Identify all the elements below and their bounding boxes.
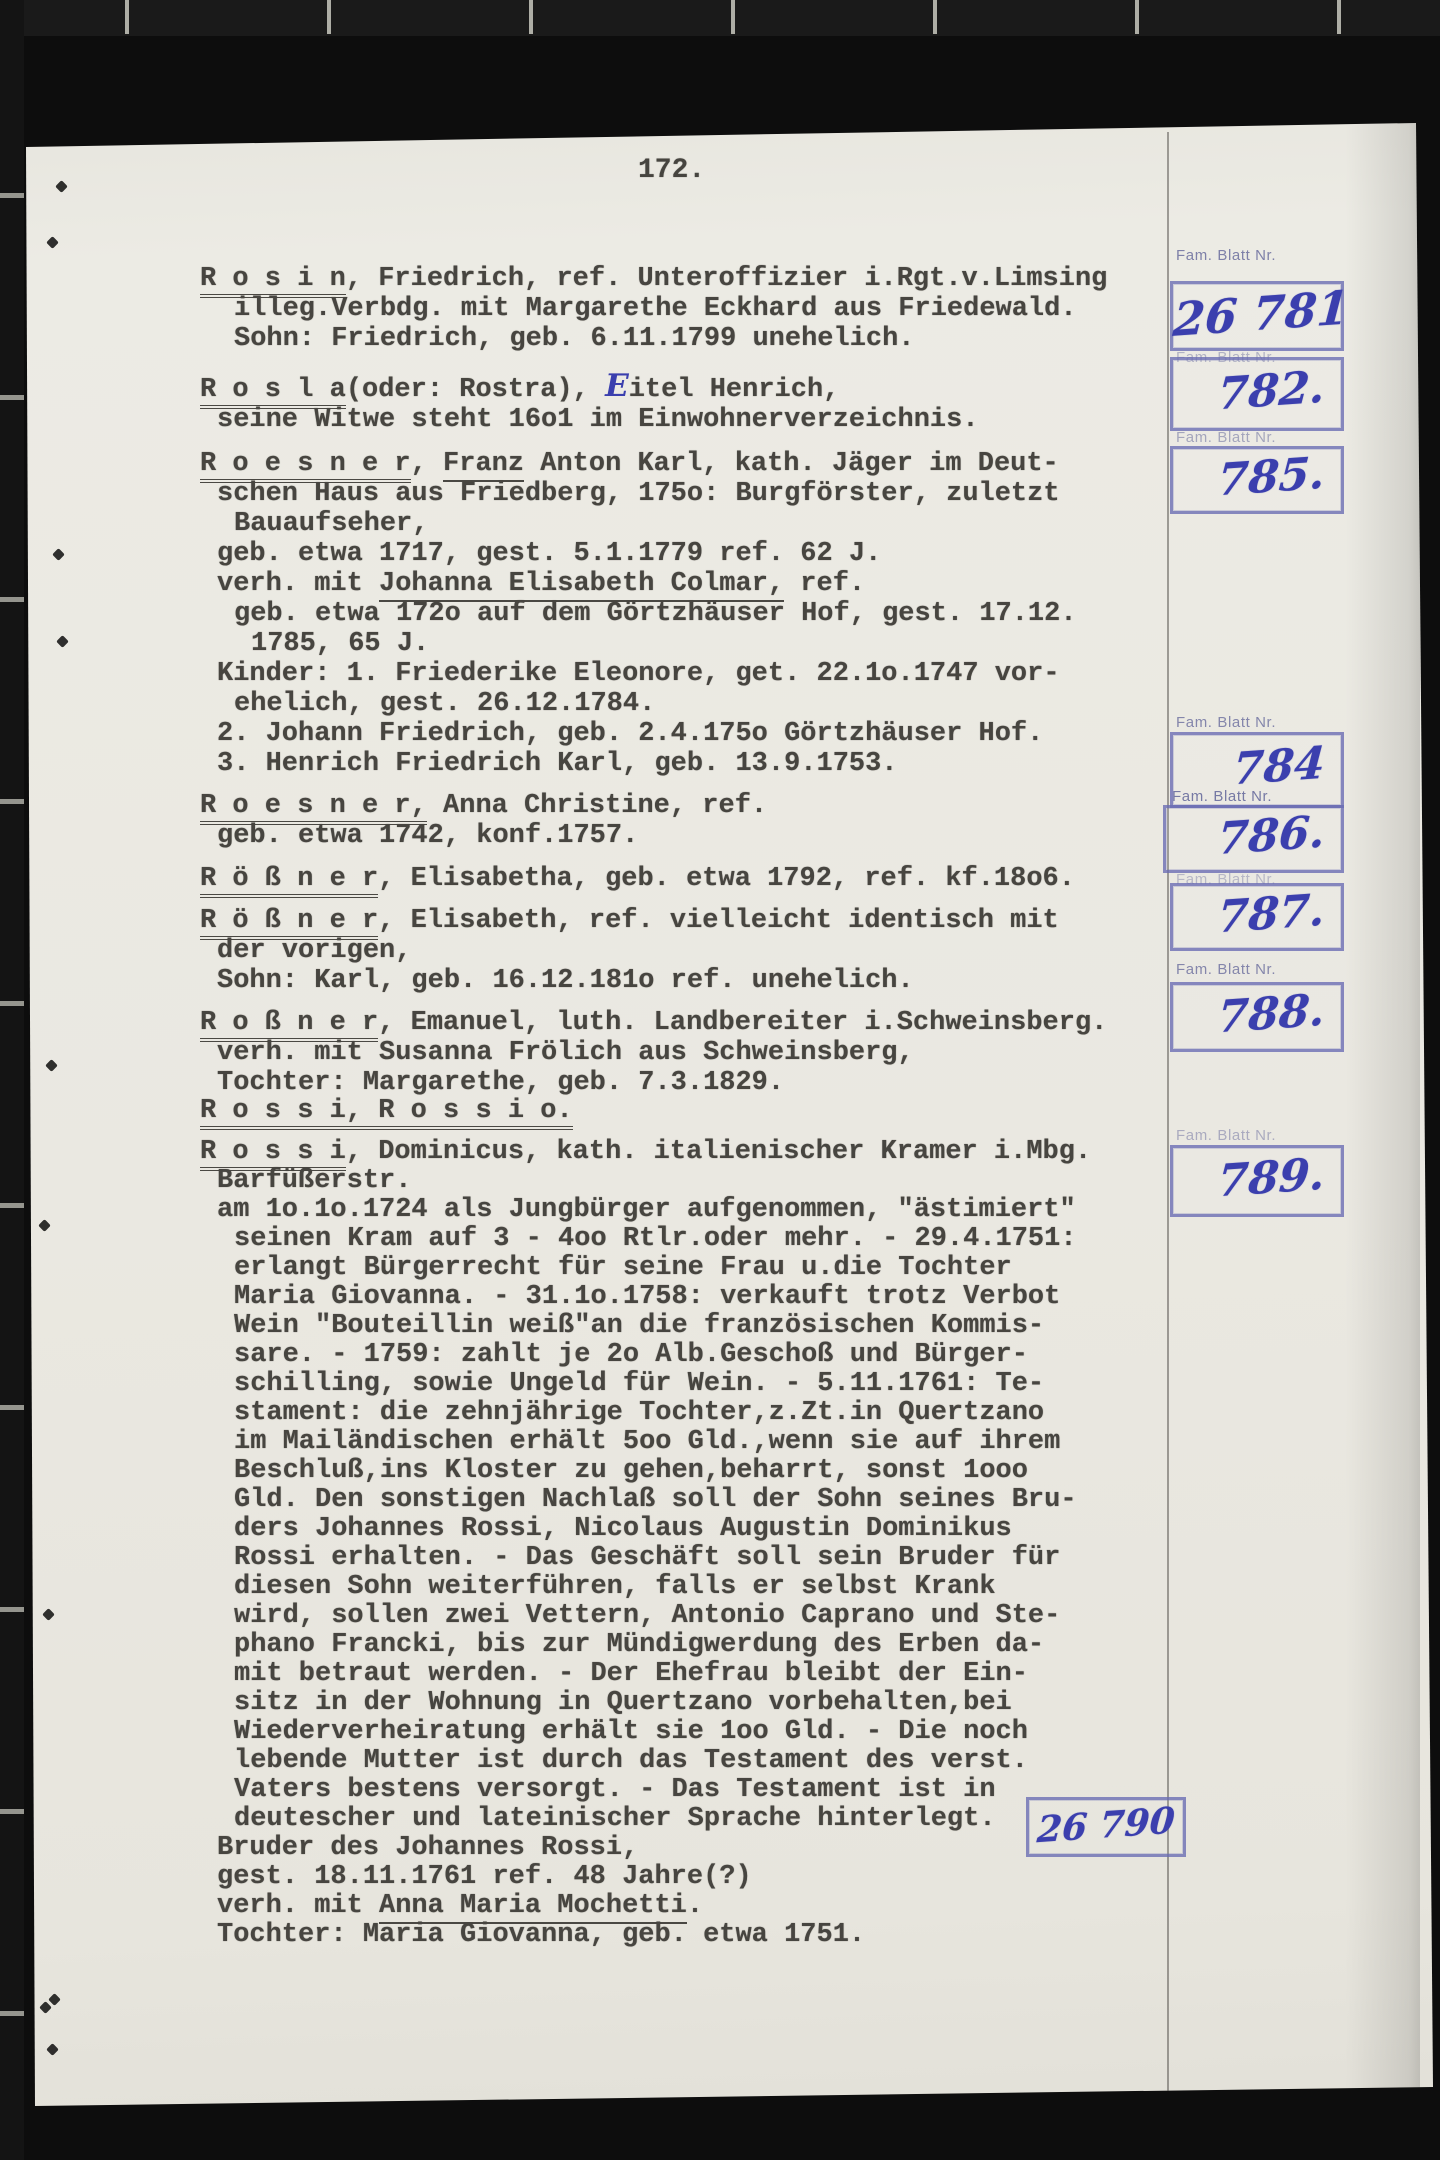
microfilm-scan: { "scan": { "page_number": "172.", "fam_… [0, 0, 1440, 2160]
entry-line: R ö ß n e r, Elisabeth, ref. vielleicht … [200, 906, 1210, 936]
register-entry: R o e s n e r, Anna Christine, ref.geb. … [200, 791, 1210, 851]
film-edge-left-tick [0, 1203, 24, 1208]
entry-line: Gld. Den sonstigen Nachlaß soll der Sohn… [200, 1486, 1210, 1515]
entry-line: wird, sollen zwei Vettern, Antonio Capra… [200, 1602, 1210, 1631]
fam-blatt-number-value: 785. [1171, 446, 1342, 509]
register-entry: R ö ß n e r, Elisabetha, geb. etwa 1792,… [200, 864, 1210, 894]
fam-blatt-label: Fam. Blatt Nr. [1176, 714, 1276, 731]
entry-line: R o s s i, Dominicus, kath. italienische… [200, 1138, 1210, 1167]
register-entry: R o s l a(oder: Rostra), Eitel Henrich,s… [200, 371, 1210, 435]
entry-line: R o s s i, R o s s i o. [200, 1096, 1210, 1126]
fam-blatt-number-box: 26 790 [1026, 1797, 1186, 1857]
entry-line: Sohn: Karl, geb. 16.12.181o ref. uneheli… [200, 966, 1210, 996]
fam-blatt-number-box: 789. [1170, 1145, 1344, 1217]
film-edge-top-tick [327, 0, 331, 34]
entry-line: ehelich, gest. 26.12.1784. [200, 689, 1210, 719]
fam-blatt-label: Fam. Blatt Nr. [1176, 961, 1276, 978]
film-edge-left-tick [0, 799, 24, 804]
register-entry: R o e s n e r, Franz Anton Karl, kath. J… [200, 449, 1210, 779]
entry-line: illeg.Verbdg. mit Margarethe Eckhard aus… [200, 294, 1210, 324]
entry-line: Tochter: Margarethe, geb. 7.3.1829. [200, 1068, 1210, 1098]
entry-line: geb. etwa 1742, konf.1757. [200, 821, 1210, 851]
entry-line: R o e s n e r, Franz Anton Karl, kath. J… [200, 449, 1210, 479]
entry-line: im Mailändischen erhält 5oo Gld.,wenn si… [200, 1428, 1210, 1457]
entry-line: R o ß n e r, Emanuel, luth. Landbereiter… [200, 1008, 1210, 1038]
entry-line: 3. Henrich Friedrich Karl, geb. 13.9.175… [200, 749, 1210, 779]
fam-blatt-label: Fam. Blatt Nr. [1176, 1127, 1276, 1144]
entry-line: R o s l a(oder: Rostra), Eitel Henrich, [200, 371, 1210, 405]
entry-line: R o s i n, Friedrich, ref. Unteroffizier… [200, 264, 1210, 294]
film-edge-left [0, 0, 24, 2160]
entry-line: schilling, sowie Ungeld für Wein. - 5.11… [200, 1370, 1210, 1399]
entry-line: der vorigen, [200, 936, 1210, 966]
entry-line: verh. mit Susanna Frölich aus Schweinsbe… [200, 1038, 1210, 1068]
bottom-smudge [621, 2134, 653, 2154]
entry-line: Wiederverheiratung erhält sie 1oo Gld. -… [200, 1718, 1210, 1747]
entry-line: gest. 18.11.1761 ref. 48 Jahre(?) [200, 1863, 1210, 1892]
entry-line: diesen Sohn weiterführen, falls er selbs… [200, 1573, 1210, 1602]
film-edge-left-tick [0, 395, 24, 400]
fam-blatt-number-value: 26 781 [1171, 281, 1342, 347]
film-edge-top-tick [529, 0, 533, 34]
entry-line: Rossi erhalten. - Das Geschäft soll sein… [200, 1544, 1210, 1573]
entry-line: erlangt Bürgerrecht für seine Frau u.die… [200, 1254, 1210, 1283]
entry-line: verh. mit Anna Maria Mochetti. [200, 1892, 1210, 1921]
document-page: 172. R o s i n, Friedrich, ref. Unteroff… [0, 0, 1440, 2160]
entry-line: phano Francki, bis zur Mündigwerdung des… [200, 1631, 1210, 1660]
film-edge-left-tick [0, 1809, 24, 1814]
entry-line: verh. mit Johanna Elisabeth Colmar, ref. [200, 569, 1210, 599]
film-edge-top-tick [731, 0, 735, 34]
fam-blatt-number-value: 787. [1171, 883, 1342, 946]
entry-line: lebende Mutter ist durch das Testament d… [200, 1747, 1210, 1776]
fam-blatt-number-box: 784 [1170, 732, 1344, 808]
film-edge-left-tick [0, 1607, 24, 1612]
entry-line: stament: die zehnjährige Tochter,z.Zt.in… [200, 1399, 1210, 1428]
film-edge-left-tick [0, 1405, 24, 1410]
entry-line: Barfüßerstr. [200, 1167, 1210, 1196]
entry-line: sitz in der Wohnung in Quertzano vorbeha… [200, 1689, 1210, 1718]
entry-line: Bauaufseher, [200, 509, 1210, 539]
register-entry: R o s s i, R o s s i o. [200, 1096, 1210, 1126]
fam-blatt-number-value: 786. [1164, 805, 1342, 869]
entry-line: mit betraut werden. - Der Ehefrau bleibt… [200, 1660, 1210, 1689]
film-edge-top-tick [125, 0, 129, 34]
fam-blatt-number-box: 26 781 [1170, 281, 1344, 351]
entry-line: Beschluß,ins Kloster zu gehen,beharrt, s… [200, 1457, 1210, 1486]
entry-line: seinen Kram auf 3 - 4oo Rtlr.oder mehr. … [200, 1225, 1210, 1254]
entry-line: Tochter: Maria Giovanna, geb. etwa 1751. [200, 1921, 1210, 1950]
fam-blatt-number-value: 788. [1171, 983, 1342, 1046]
register-entry: R ö ß n e r, Elisabeth, ref. vielleicht … [200, 906, 1210, 996]
film-edge-left-tick [0, 597, 24, 602]
handwritten-correction: E [605, 368, 629, 404]
fam-blatt-number-box: 785. [1170, 446, 1344, 514]
entry-line: ders Johannes Rossi, Nicolaus Augustin D… [200, 1515, 1210, 1544]
fam-blatt-number-box: 788. [1170, 982, 1344, 1052]
fam-blatt-number-box: 787. [1170, 883, 1344, 951]
fam-blatt-number-value: 782. [1171, 360, 1342, 423]
entry-line: Sohn: Friedrich, geb. 6.11.1799 unehelic… [200, 324, 1210, 354]
film-edge-left-tick [0, 193, 24, 198]
entry-line: Wein "Bouteillin weiß"an die französisch… [200, 1312, 1210, 1341]
film-edge-top-tick [1135, 0, 1139, 34]
register-entry: R o s i n, Friedrich, ref. Unteroffizier… [200, 264, 1210, 354]
entry-line: am 1o.1o.1724 als Jungbürger aufgenommen… [200, 1196, 1210, 1225]
register-entry: R o ß n e r, Emanuel, luth. Landbereiter… [200, 1008, 1210, 1098]
entry-line: R ö ß n e r, Elisabetha, geb. etwa 1792,… [200, 864, 1210, 894]
fam-blatt-number-value: 789. [1171, 1147, 1342, 1210]
entry-line: geb. etwa 172o auf dem Görtzhäuser Hof, … [200, 599, 1210, 629]
entry-line: 2. Johann Friedrich, geb. 2.4.175o Görtz… [200, 719, 1210, 749]
fam-blatt-number-value: 784 [1171, 736, 1342, 799]
entry-line: sare. - 1759: zahlt je 2o Alb.Geschoß un… [200, 1341, 1210, 1370]
film-edge-left-tick [0, 2011, 24, 2016]
film-edge-top [0, 0, 1440, 36]
entry-line: schen Haus aus Friedberg, 175o: Burgförs… [200, 479, 1210, 509]
fam-blatt-number-box: 786. [1163, 805, 1344, 873]
film-edge-left-tick [0, 1001, 24, 1006]
film-edge-top-tick [1337, 0, 1341, 34]
fam-blatt-label: Fam. Blatt Nr. [1176, 247, 1276, 264]
entry-line: Kinder: 1. Friederike Eleonore, get. 22.… [200, 659, 1210, 689]
entry-line: 1785, 65 J. [200, 629, 1210, 659]
entry-line: Maria Giovanna. - 31.1o.1758: verkauft t… [200, 1283, 1210, 1312]
fam-blatt-number-box: 782. [1170, 357, 1344, 431]
entry-line: seine Witwe steht 16o1 im Einwohnerverze… [200, 405, 1210, 435]
entry-line: R o e s n e r, Anna Christine, ref. [200, 791, 1210, 821]
fam-blatt-number-value: 26 790 [1028, 1799, 1185, 1852]
entry-line: geb. etwa 1717, gest. 5.1.1779 ref. 62 J… [200, 539, 1210, 569]
film-edge-top-tick [933, 0, 937, 34]
fam-blatt-label: Fam. Blatt Nr. [1176, 429, 1276, 446]
